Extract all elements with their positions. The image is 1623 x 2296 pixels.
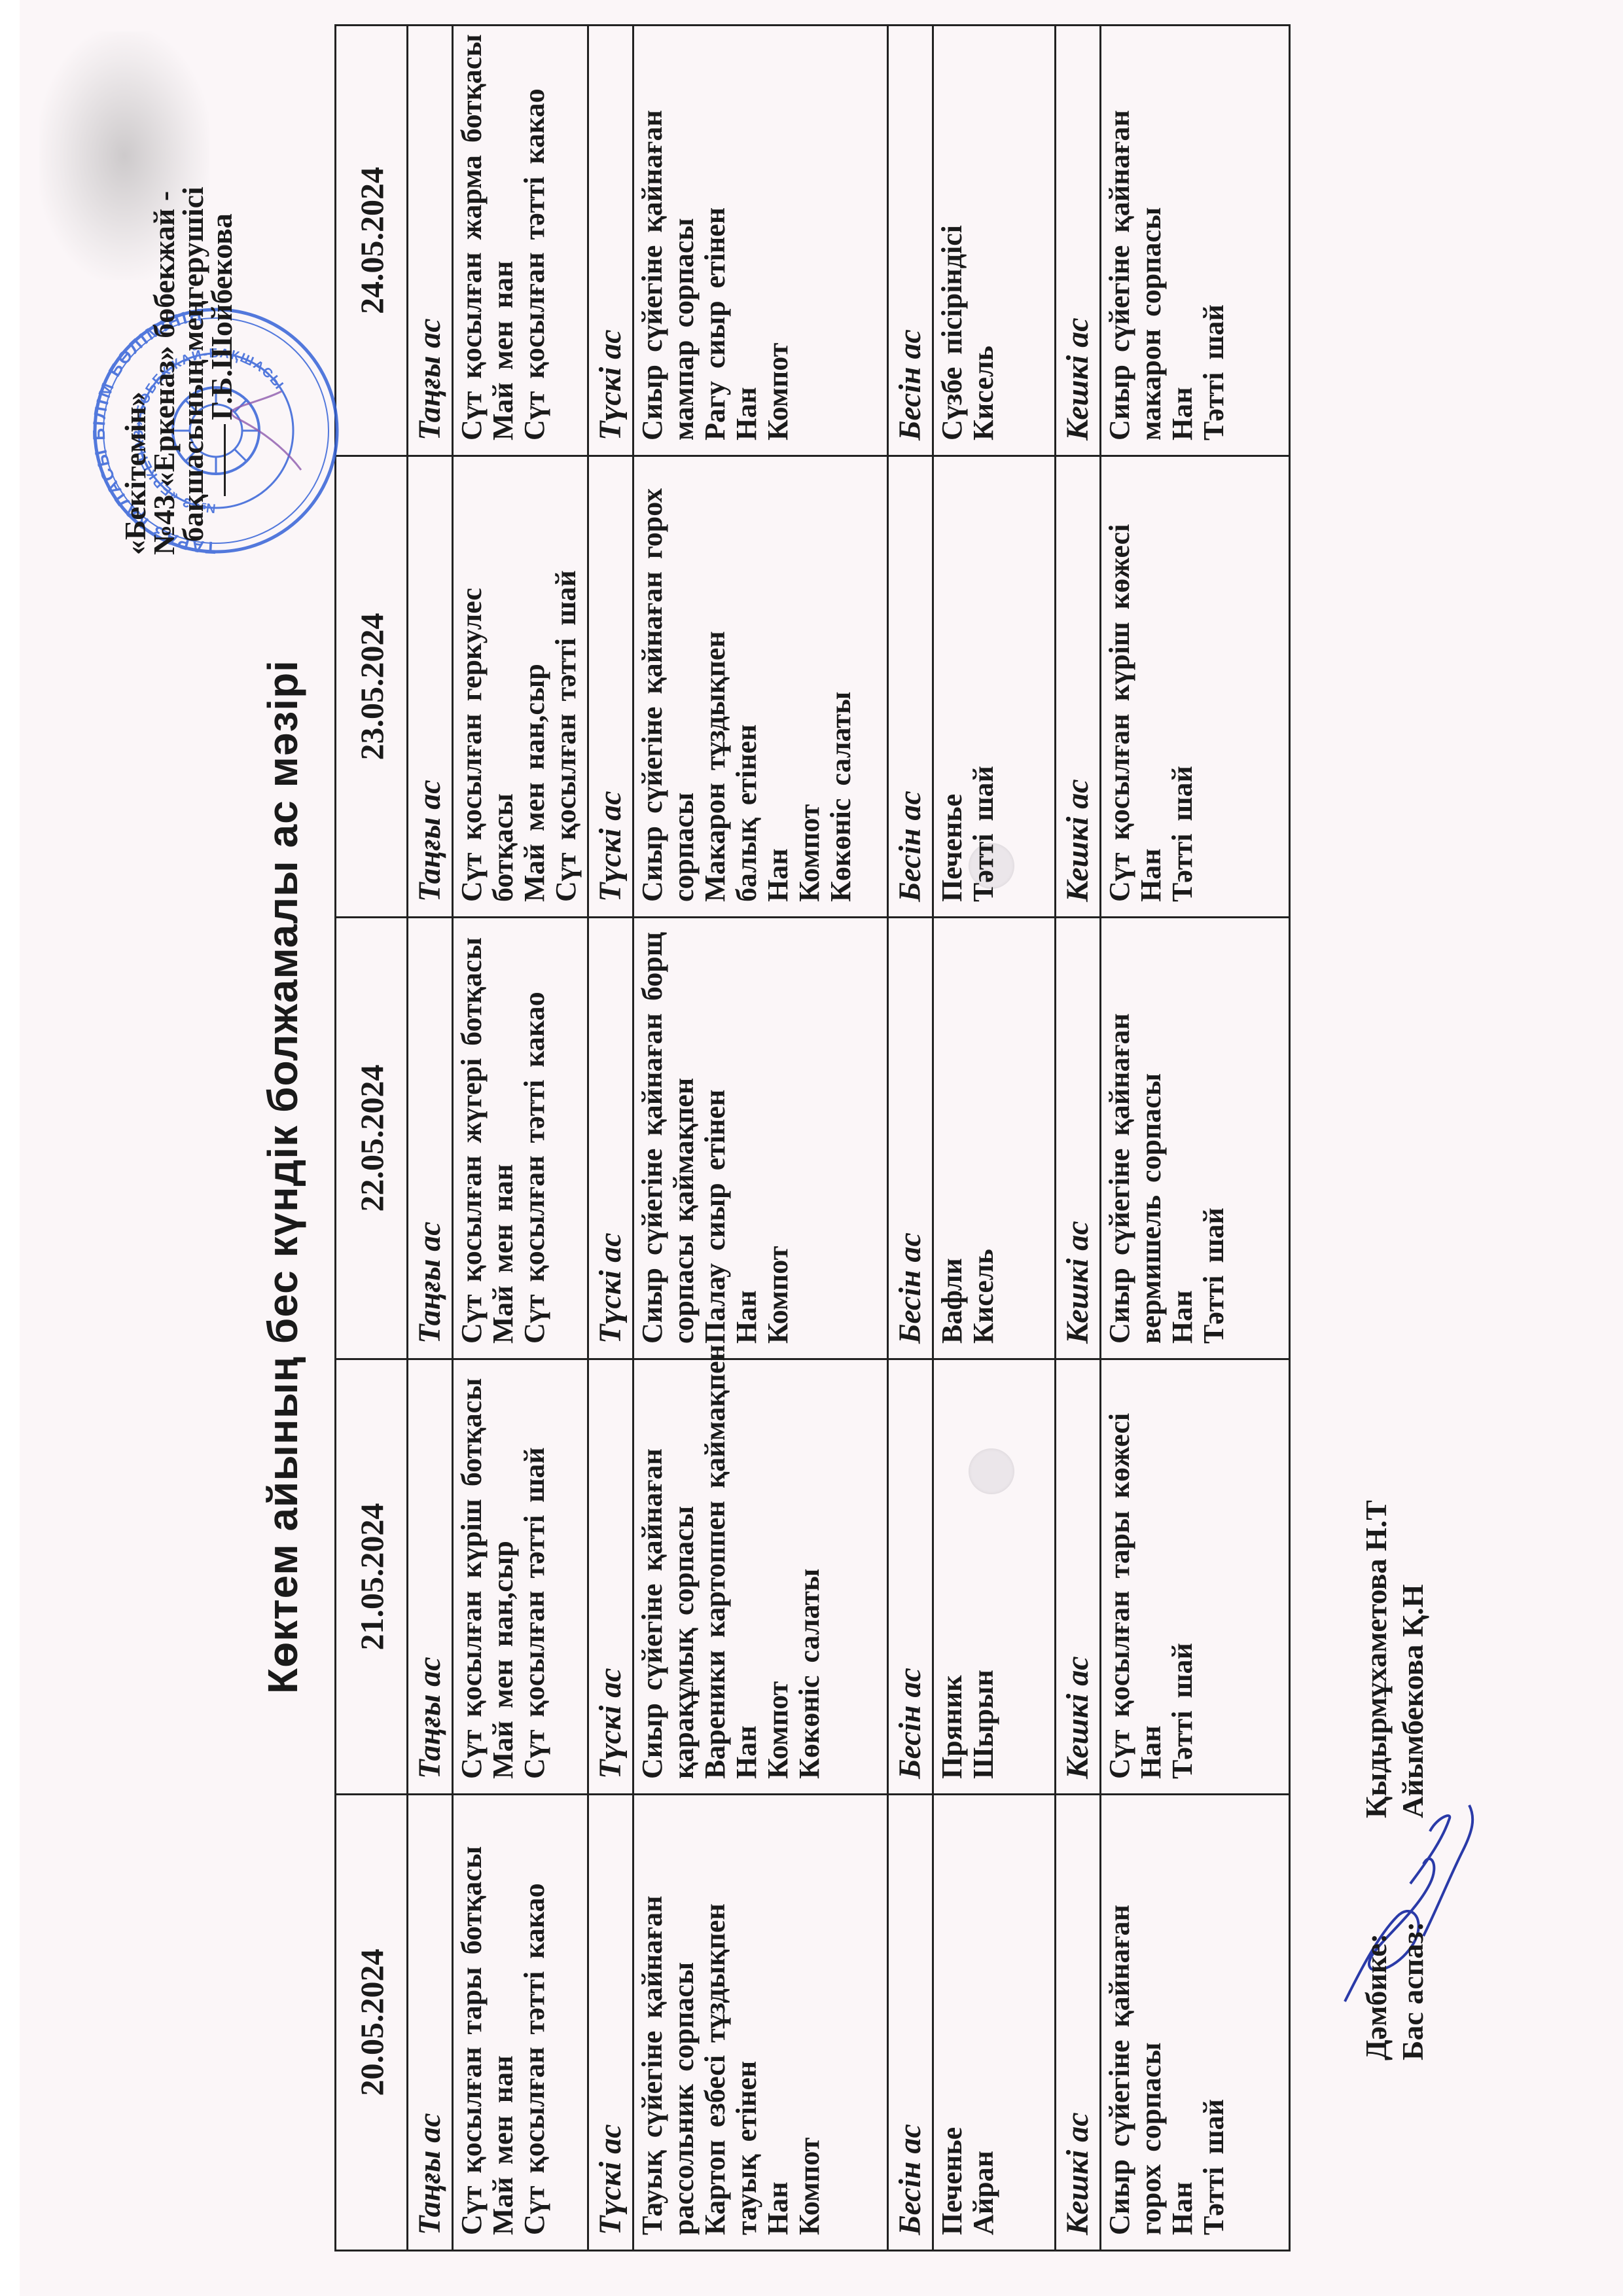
approval-org: №43 «Еркеназ» бөбекжай -	[150, 188, 179, 555]
menu-item: Сиыр сүйегіне қайнаған горох	[637, 471, 668, 902]
dinner-cell: Сүт қосылған күріш көжесіНанТәтті шай	[1101, 456, 1290, 918]
meal-label-snack: Бесін ас	[888, 1795, 933, 2251]
menu-item: Кисель	[968, 41, 999, 440]
menu-item: Сүт қосылған тәтті какао	[519, 1810, 550, 2235]
menu-item: Сүт қосылған жарма ботқасы	[456, 41, 488, 440]
menu-item: Нан	[731, 933, 762, 1344]
menu-item: Нан	[1135, 1374, 1167, 1779]
signature-row: Бас аспаз: Айымбекова Қ.Н	[1395, 1500, 1431, 2060]
signature-blank	[224, 424, 226, 496]
menu-item: Нан	[1167, 933, 1198, 1344]
menu-item: Пряник	[936, 1374, 968, 1779]
menu-item: Тәтті шай	[1198, 1810, 1230, 2235]
menu-item: Сүт қосылған тәтті какао	[519, 41, 550, 440]
snack-cell: Сүзбе пісіріндісіКисель	[933, 26, 1056, 456]
breakfast-cell: Сүт қосылған тары ботқасыМай мен нанСүт …	[453, 1795, 588, 2251]
dinner-cell: Сиыр сүйегіне қайнағанвермишель сорпасыН…	[1101, 918, 1290, 1359]
menu-item: Сүт қосылған геркулес	[456, 471, 488, 902]
menu-item: Компот	[762, 41, 794, 440]
menu-item: Сиыр сүйегіне қайнаған	[637, 1374, 668, 1779]
meal-label-dinner: Кешкі ас	[1056, 1359, 1101, 1795]
meal-label-snack: Бесін ас	[888, 456, 933, 918]
menu-item: Сүт қосылған күріш ботқасы	[456, 1374, 488, 1779]
meal-label-breakfast: Таңғы ас	[408, 26, 453, 456]
signatures-block: Дәмбике: Қыдырмұхаметова Н.Т Бас аспаз: …	[1358, 1500, 1431, 2060]
menu-item: Нан	[731, 41, 762, 440]
menu-item: Сүт қосылған тәтті какао	[519, 933, 550, 1344]
table-row: Сүт қосылған тары ботқасыМай мен нанСүт …	[453, 26, 588, 2251]
menu-item: Компот	[794, 471, 825, 902]
menu-item: Сүт қосылған жүгері ботқасы	[456, 933, 488, 1344]
menu-item: Май мен нан	[488, 41, 519, 440]
menu-item: макарон сорпасы	[1135, 41, 1167, 440]
approval-signature-line: Г.Б.Шойбекова	[207, 188, 236, 555]
menu-item: Нан	[1167, 41, 1198, 440]
snack-cell: ПряникШырын	[933, 1359, 1056, 1795]
menu-item: Картоп езбесі тұздықпен	[700, 1810, 731, 2235]
menu-item: тауық етінен	[731, 1810, 762, 2235]
meal-label-dinner: Кешкі ас	[1056, 26, 1101, 456]
snack-cell: ПеченьеТәтті шай	[933, 456, 1056, 918]
menu-item: Нан	[762, 1810, 794, 2235]
menu-item: Нан	[762, 471, 794, 902]
menu-item: Сүзбе пісіріндісі	[936, 41, 968, 440]
table-row: Сиыр сүйегіне қайнағангорох сорпасыНанТә…	[1101, 26, 1290, 2251]
date-header: 22.05.2024	[336, 918, 408, 1359]
meal-label-lunch: Түскі ас	[588, 26, 633, 456]
meal-label-dinner: Кешкі ас	[1056, 918, 1101, 1359]
menu-item: Май мен нан,сыр	[519, 471, 550, 902]
menu-item: Сиыр сүйегіне қайнаған	[1104, 1810, 1135, 2235]
menu-item: Көкөніс салаты	[825, 471, 857, 902]
table-row: Кешкі асКешкі асКешкі асКешкі асКешкі ас	[1056, 26, 1101, 2251]
scan-edge	[0, 0, 20, 2296]
menu-item: Сиыр сүйегіне қайнаған	[1104, 41, 1135, 440]
breakfast-cell: Сүт қосылған күріш ботқасыМай мен нан,сы…	[453, 1359, 588, 1795]
menu-item: Компот	[762, 933, 794, 1344]
menu-item: Кисель	[968, 933, 999, 1344]
breakfast-cell: Сүт қосылған жүгері ботқасыМай мен нанСү…	[453, 918, 588, 1359]
meal-label-dinner: Кешкі ас	[1056, 1795, 1101, 2251]
menu-item: Сиыр сүйегіне қайнаған	[637, 41, 668, 440]
menu-item: Тәтті шай	[1198, 41, 1230, 440]
menu-item: Май мен нан	[488, 1810, 519, 2235]
menu-item: Көкөніс салаты	[794, 1374, 825, 1779]
menu-item: Айран	[968, 1810, 999, 2235]
signature-name: Айымбекова Қ.Н	[1395, 1584, 1431, 1818]
menu-item: Компот	[762, 1374, 794, 1779]
approval-block: «Бекітемін» №43 «Еркеназ» бөбекжай - бақ…	[121, 188, 236, 555]
breakfast-cell: Сүт қосылған геркулесботқасыМай мен нан,…	[453, 456, 588, 918]
menu-item: Сүт қосылған тары көжесі	[1104, 1374, 1135, 1779]
meal-label-snack: Бесін ас	[888, 26, 933, 456]
menu-item: мампар сорпасы	[668, 41, 700, 440]
meal-label-lunch: Түскі ас	[588, 918, 633, 1359]
table-row: Түскі асТүскі асТүскі асТүскі асТүскі ас	[588, 26, 633, 2251]
menu-item: Тәтті шай	[1198, 933, 1230, 1344]
date-header: 20.05.2024	[336, 1795, 408, 2251]
meal-label-breakfast: Таңғы ас	[408, 456, 453, 918]
approval-position: бақшасының меңгерушісі	[179, 188, 207, 555]
table-row: Тауық сүйегіне қайнағанрассольник сорпас…	[633, 26, 888, 2251]
approval-heading: «Бекітемін»	[121, 188, 150, 555]
table-row: ПеченьеАйранПряникШырынВафлиКисельПечень…	[933, 26, 1056, 2251]
meal-label-lunch: Түскі ас	[588, 1795, 633, 2251]
menu-item: Макарон тұздықпен	[700, 471, 731, 902]
document-title: Көктем айының бес күндік болжамалы ас мә…	[259, 620, 307, 1733]
menu-item: Май мен нан,сыр	[488, 1374, 519, 1779]
meal-label-snack: Бесін ас	[888, 1359, 933, 1795]
menu-item: Палау сиыр етінен	[700, 933, 731, 1344]
lunch-cell: Сиыр сүйегіне қайнаған борщсорпасы қайма…	[633, 918, 888, 1359]
menu-item: Сүт қосылған тәтті шай	[519, 1374, 550, 1779]
menu-item: Май мен нан	[488, 933, 519, 1344]
menu-item: Нан	[1167, 1810, 1198, 2235]
menu-item: Тәтті шай	[1167, 1374, 1198, 1779]
lunch-cell: Тауық сүйегіне қайнағанрассольник сорпас…	[633, 1795, 888, 2251]
menu-item: Сиыр сүйегіне қайнаған	[1104, 933, 1135, 1344]
dinner-cell: Сиыр сүйегіне қайнағанмакарон сорпасыНан…	[1101, 26, 1290, 456]
lunch-cell: Сиыр сүйегіне қайнаған горохсорпасыМакар…	[633, 456, 888, 918]
signature-name: Қыдырмұхаметова Н.Т	[1358, 1500, 1395, 1818]
menu-item: Сүт қосылған күріш көжесі	[1104, 471, 1135, 902]
menu-item: вермишель сорпасы	[1135, 933, 1167, 1344]
menu-item: Компот	[794, 1810, 825, 2235]
meal-label-lunch: Түскі ас	[588, 1359, 633, 1795]
menu-item: Тәтті шай	[1167, 471, 1198, 902]
menu-item: балық етінен	[731, 471, 762, 902]
menu-item: Тәтті шай	[968, 471, 999, 902]
menu-item: сорпасы	[668, 471, 700, 902]
menu-item: Тауық сүйегіне қайнаған	[637, 1810, 668, 2235]
menu-item: Вареники картоппен қаймақпен	[700, 1374, 731, 1779]
menu-item: Нан	[731, 1374, 762, 1779]
meal-label-snack: Бесін ас	[888, 918, 933, 1359]
signature-row: Дәмбике: Қыдырмұхаметова Н.Т	[1358, 1500, 1395, 2060]
menu-item: Печенье	[936, 1810, 968, 2235]
signature-role: Бас аспаз:	[1395, 1825, 1431, 2060]
menu-item: Сүт қосылған тәтті шай	[550, 471, 582, 902]
menu-item: Шырын	[968, 1374, 999, 1779]
breakfast-cell: Сүт қосылған жарма ботқасыМай мен нанСүт…	[453, 26, 588, 456]
menu-item: ботқасы	[488, 471, 519, 902]
menu-item: сорпасы қаймақпен	[668, 933, 700, 1344]
menu-table: 20.05.202421.05.202422.05.202423.05.2024…	[334, 24, 1291, 2251]
meal-label-breakfast: Таңғы ас	[408, 918, 453, 1359]
menu-item: Рагу сиыр етінен	[700, 41, 731, 440]
menu-item: Сиыр сүйегіне қайнаған борщ	[637, 933, 668, 1344]
menu-item: Нан	[1135, 471, 1167, 902]
snack-cell: ПеченьеАйран	[933, 1795, 1056, 2251]
menu-item: қарақұмық сорпасы	[668, 1374, 700, 1779]
meal-label-breakfast: Таңғы ас	[408, 1359, 453, 1795]
scanned-document-page: Көктем айының бес күндік болжамалы ас мә…	[0, 0, 1623, 2296]
meal-label-breakfast: Таңғы ас	[408, 1795, 453, 2251]
table-row: Бесін асБесін асБесін асБесін асБесін ас	[888, 26, 933, 2251]
lunch-cell: Сиыр сүйегіне қайнағанмампар сорпасыРагу…	[633, 26, 888, 456]
approval-name: Г.Б.Шойбекова	[205, 213, 238, 420]
date-header: 21.05.2024	[336, 1359, 408, 1795]
signature-role: Дәмбике:	[1358, 1825, 1395, 2060]
menu-item: Сүт қосылған тары ботқасы	[456, 1810, 488, 2235]
menu-item: Печенье	[936, 471, 968, 902]
snack-cell: ВафлиКисель	[933, 918, 1056, 1359]
menu-item: Вафли	[936, 933, 968, 1344]
menu-item: рассольник сорпасы	[668, 1810, 700, 2235]
table-row: Таңғы асТаңғы асТаңғы асТаңғы асТаңғы ас	[408, 26, 453, 2251]
dinner-cell: Сүт қосылған тары көжесіНанТәтті шай	[1101, 1359, 1290, 1795]
lunch-cell: Сиыр сүйегіне қайнағанқарақұмық сорпасыВ…	[633, 1359, 888, 1795]
menu-item: горох сорпасы	[1135, 1810, 1167, 2235]
dinner-cell: Сиыр сүйегіне қайнағангорох сорпасыНанТә…	[1101, 1795, 1290, 2251]
meal-label-dinner: Кешкі ас	[1056, 456, 1101, 918]
meal-label-lunch: Түскі ас	[588, 456, 633, 918]
